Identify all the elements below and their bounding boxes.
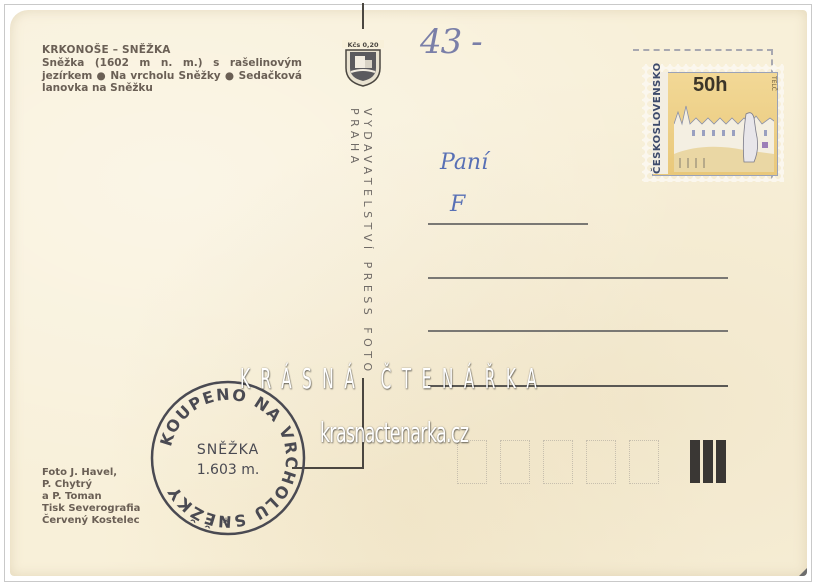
stamp-town-label: TELČ: [770, 76, 777, 91]
credit-line: P. Chytrý: [42, 479, 140, 491]
address-line-3: [428, 330, 728, 332]
watermark-url: krasnactenarka.cz: [320, 416, 468, 449]
credit-line: Červený Kostelec: [42, 515, 140, 527]
postal-bar: [703, 440, 713, 483]
emblem-price: Kčs 0,20: [347, 41, 379, 49]
address-line-1: [428, 223, 588, 225]
postmark-star: *: [223, 516, 230, 532]
address-line-2: [428, 277, 728, 279]
postcard-description: Sněžka (1602 m n. m.) s rašelinovým jezí…: [42, 57, 302, 95]
handwritten-number: 43 -: [420, 22, 482, 62]
stamp-town-illustration-icon: [674, 94, 774, 172]
postal-bar: [690, 440, 700, 483]
postal-bar: [716, 440, 726, 483]
postmark-center-line1: SNĚŽKA: [197, 440, 259, 458]
publisher-vertical-text: VYDAVATELSTVÍ PRESS FOTO PRAHA: [352, 108, 374, 398]
stamp-country: ČESKOSLOVENSKO: [652, 72, 668, 174]
summit-postmark-icon: KOUPENO NA VRCHOLU SNĚŽKY SNĚŽKA 1.603 m…: [148, 378, 308, 538]
postcode-box-4: [586, 440, 616, 484]
handwritten-addressee: Paní: [440, 150, 488, 175]
postmark-center-line2: 1.603 m.: [197, 462, 260, 478]
postcode-box-5: [629, 440, 659, 484]
photo-credits: Foto J. Havel, P. Chytrý a P. Toman Tisk…: [42, 467, 140, 527]
postcard-heading: KRKONOŠE – SNĚŽKA: [42, 44, 171, 56]
watermark-title: KRÁSNÁ ČTENÁŘKA: [240, 362, 547, 395]
corner-fold: [799, 568, 807, 576]
handwritten-initial: F: [450, 192, 465, 217]
postcode-box-2: [500, 440, 530, 484]
credit-line: Foto J. Havel,: [42, 467, 140, 479]
credit-line: Tisk Severografia: [42, 503, 140, 515]
credit-line: a P. Toman: [42, 491, 140, 503]
center-divider-top: [362, 3, 364, 29]
price-emblem-icon: Kčs 0,20: [340, 38, 386, 88]
postcode-box-3: [543, 440, 573, 484]
